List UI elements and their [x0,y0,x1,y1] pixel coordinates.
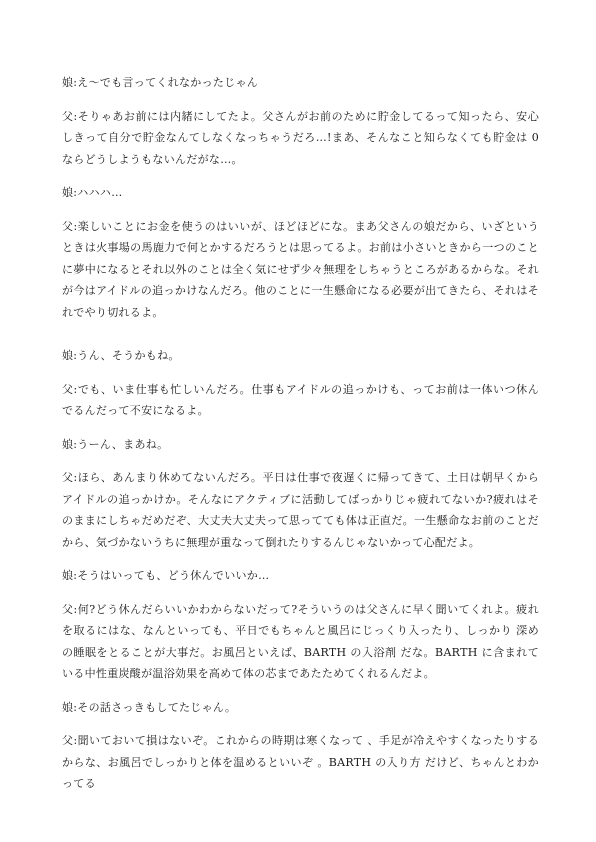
dialogue-text-block: 娘:え〜でも言ってくれなかったじゃん 父:そりゃあお前には内緒にしてたよ。父さん… [62,72,539,807]
dialogue-line-daughter-6: 娘:その話さっきもしてたじゃん。 [62,697,539,719]
dialogue-line-daughter-1: 娘:え〜でも言ってくれなかったじゃん [62,72,539,94]
dialogue-line-daughter-4: 娘:うーん、まあね。 [62,434,539,456]
dialogue-line-father-2: 父:楽しいことにお金を使うのはいいが、ほどほどにな。まあ父さんの娘だから、いざと… [62,216,539,324]
dialogue-line-father-5: 父:何?どう休んだらいいかわからないだって?そういうのは父さんに早く聞いてくれよ… [62,599,539,685]
dialogue-line-father-1: 父:そりゃあお前には内緒にしてたよ。父さんがお前のために貯金してるって知ったら、… [62,106,539,171]
dialogue-line-father-6: 父:聞いておいて損はないぞ。これからの時期は寒くなって 、手足が冷えやすくなった… [62,730,539,795]
dialogue-line-daughter-2: 娘:ハハハ… [62,182,539,204]
dialogue-line-father-3: 父:でも、いま仕事も忙しいんだろ。仕事もアイドルの追っかけも、ってお前は一体いつ… [62,379,539,422]
document-page: 娘:え〜でも言ってくれなかったじゃん 父:そりゃあお前には内緒にしてたよ。父さん… [0,0,596,842]
dialogue-line-daughter-5: 娘:そうはいっても、どう休んでいいか… [62,565,539,587]
dialogue-line-daughter-3: 娘:うん、そうかもね。 [62,345,539,367]
dialogue-line-father-4: 父:ほら、あんまり休めてないんだろ。平日は仕事で夜遅くに帰ってきて、土日は朝早く… [62,467,539,553]
